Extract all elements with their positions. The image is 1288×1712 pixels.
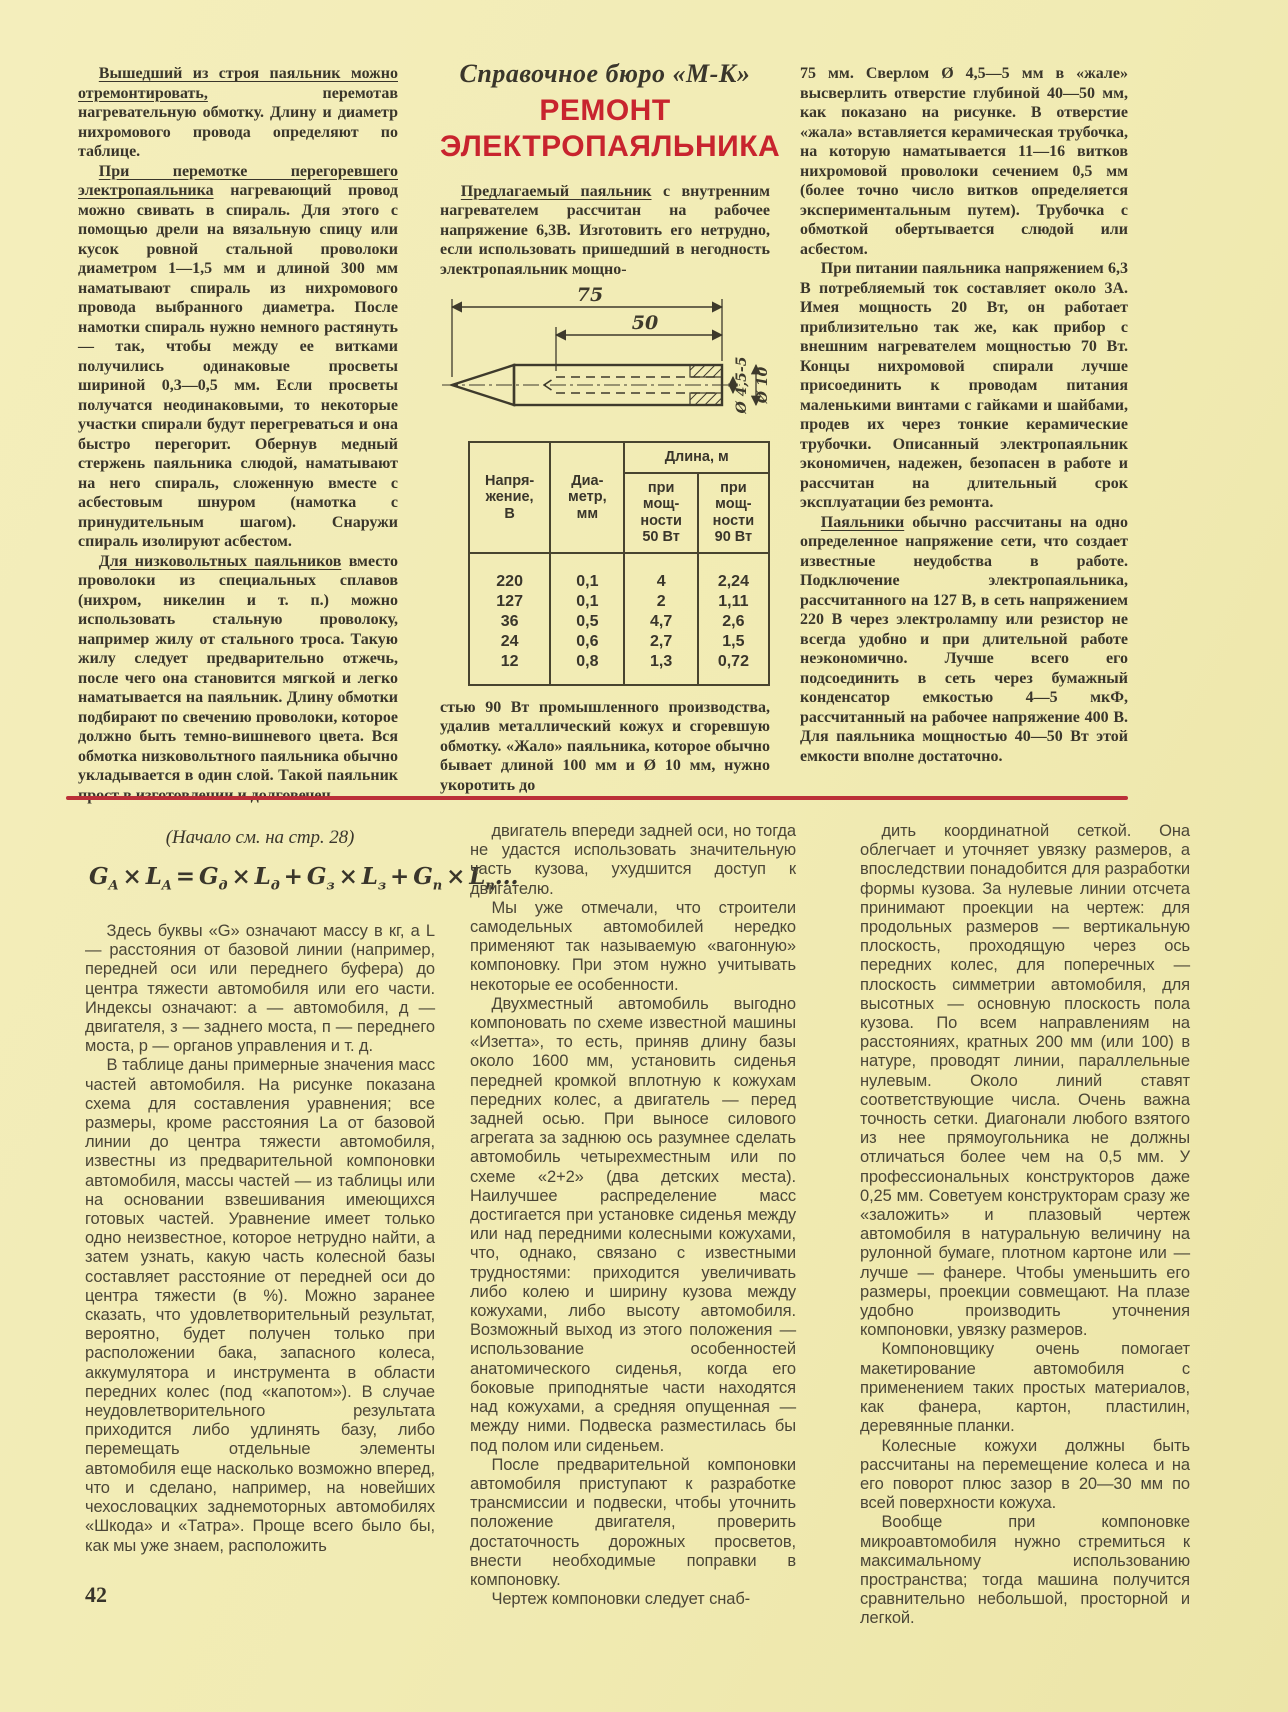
paragraph: При питании паяльника напряжением 6,3 В …: [800, 259, 1128, 513]
paragraph: В таблице даны примерные значения масс ч…: [85, 1056, 435, 1555]
paragraph: Колесные кожухи должны быть рассчитаны н…: [860, 1437, 1190, 1514]
paragraph: Здесь буквы «G» означают массу в кг, а L…: [85, 922, 435, 1056]
column-header-length: Длина, м: [624, 442, 769, 473]
bottom-center-column: двигатель впереди задней оси, но тогда н…: [470, 822, 796, 1609]
paragraph: При перемотке перегоревшего электропаяль…: [78, 162, 398, 552]
dimension-rod-diameter-label: Ø 10: [755, 366, 771, 404]
table-row: 120,81,30,72: [469, 652, 769, 685]
paragraph: Для низковольтных паяльников вместо пров…: [78, 552, 398, 806]
column-header-power-90: при мощ- ности 90 Вт: [698, 473, 769, 553]
top-right-column: 75 мм. Сверлом Ø 4,5—5 мм в «жале» высве…: [800, 64, 1128, 766]
table-row: 2200,142,24: [469, 553, 769, 592]
dimension-75-label: 75: [577, 284, 603, 306]
table-row: 1270,121,11: [469, 592, 769, 612]
dimension-hole-diameter-label: Ø 4,5-5: [734, 357, 750, 415]
paragraph: стью 90 Вт промышленного производства, у…: [440, 698, 770, 796]
section-divider-rule: [66, 796, 1128, 800]
wire-length-table: Напря- жение, В Диа- метр, мм Длина, м п…: [468, 441, 770, 686]
paragraph: дить координатной сеткой. Она облегчает …: [860, 822, 1190, 1340]
soldering-iron-drawing: 75 50 Ø 4,5-5 Ø: [440, 283, 772, 435]
bottom-left-column: (Начало см. на стр. 28) GA×LA=Gд×Lд+Gз×L…: [85, 812, 435, 1556]
paragraph: Вообще при компоновке микроавтомобиля ну…: [860, 1513, 1190, 1628]
paragraph: 75 мм. Сверлом Ø 4,5—5 мм в «жале» высве…: [800, 64, 1128, 259]
section-kicker: Справочное бюро «М-К»: [440, 64, 770, 84]
dimension-50-label: 50: [632, 312, 658, 334]
bottom-right-column: дить координатной сеткой. Она облегчает …: [860, 822, 1190, 1629]
column-header-diameter: Диа- метр, мм: [550, 442, 624, 553]
top-left-column: Вышедший из строя паяльник можно отремон…: [78, 64, 398, 805]
article-title-line1: РЕМОНТ: [440, 94, 770, 128]
table-row: 360,54,72,6: [469, 612, 769, 632]
top-center-column: Справочное бюро «М-К» РЕМОНТ ЭЛЕКТРОПАЯЛ…: [440, 64, 770, 795]
paragraph: Чертеж компоновки следует снаб-: [470, 1590, 796, 1609]
page-number: 42: [85, 1582, 107, 1608]
underlined-lead: Для низковольтных паяльников: [99, 553, 342, 570]
column-header-power-50: при мощ- ности 50 Вт: [624, 473, 697, 553]
paragraph: Предлагаемый паяльник с внутренним нагре…: [440, 182, 770, 280]
underlined-lead: Паяльники: [821, 514, 904, 531]
paragraph: Вышедший из строя паяльник можно отремон…: [78, 64, 398, 162]
underlined-lead: Предлагаемый паяльник: [461, 183, 652, 200]
paragraph: Двухместный автомобиль выгодно компонова…: [470, 995, 796, 1456]
paragraph: Компоновщику очень помогает макетировани…: [860, 1340, 1190, 1436]
paragraph: двигатель впереди задней оси, но тогда н…: [470, 822, 796, 899]
paragraph: Мы уже отмечали, что строители самодельн…: [470, 899, 796, 995]
continuation-note: (Начало см. на стр. 28): [85, 828, 435, 847]
article-title-line2: ЭЛЕКТРОПАЯЛЬНИКА: [440, 130, 770, 164]
paragraph: После предварительной компоновки автомоб…: [470, 1456, 796, 1590]
magazine-page: Вышедший из строя паяльник можно отремон…: [0, 0, 1288, 1712]
table-row: 240,62,71,5: [469, 632, 769, 652]
column-header-voltage: Напря- жение, В: [469, 442, 550, 553]
paragraph: Паяльники обычно рассчитаны на одно опре…: [800, 513, 1128, 767]
mass-moment-equation: GA×LA=Gд×Lд+Gз×Lз+Gп×Lп...: [89, 867, 435, 896]
